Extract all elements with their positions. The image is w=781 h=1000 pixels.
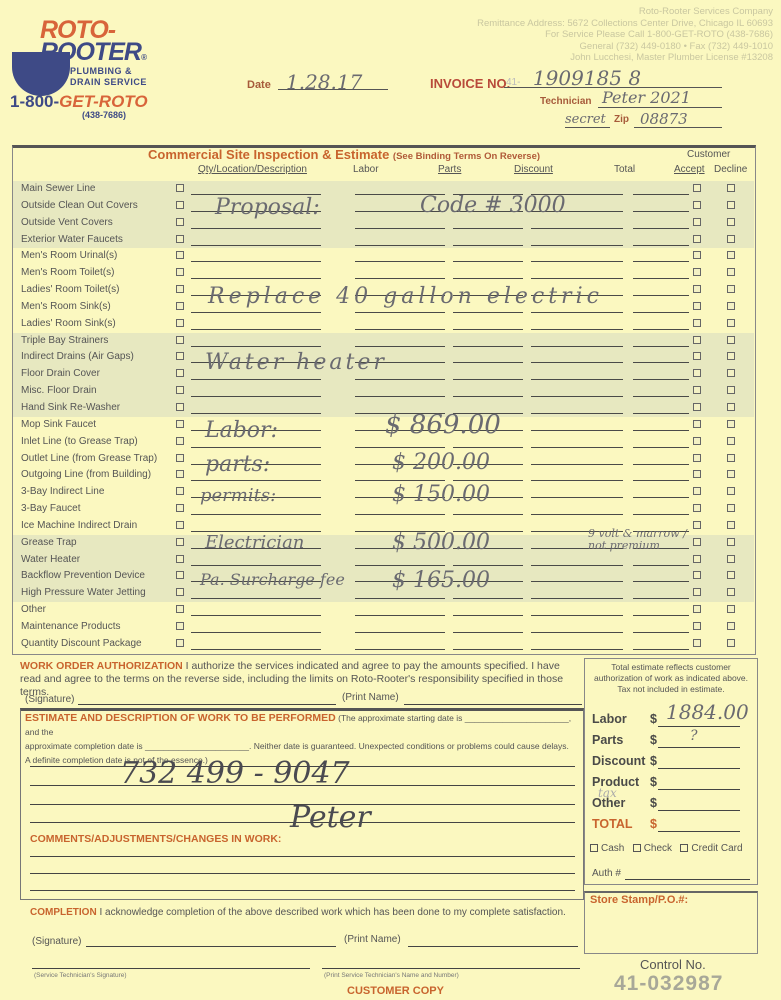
decline-checkbox[interactable] <box>727 454 735 462</box>
parts-field[interactable] <box>453 245 523 246</box>
hand-parts-total: ? <box>690 728 698 744</box>
labor-field[interactable] <box>355 228 445 229</box>
auth-number-label: Auth # <box>592 868 621 879</box>
description-field[interactable] <box>191 480 321 481</box>
item-checkbox[interactable] <box>176 251 184 259</box>
table-row: High Pressure Water Jetting <box>13 585 754 602</box>
discount-field[interactable] <box>531 228 623 229</box>
payment-options: Cash Check Credit Card <box>590 843 743 854</box>
totals-labor-field[interactable] <box>658 726 740 727</box>
total-field[interactable] <box>633 430 689 431</box>
accept-checkbox[interactable] <box>693 437 701 445</box>
totals-parts-field[interactable] <box>658 747 740 748</box>
item-checkbox[interactable] <box>176 184 184 192</box>
accept-checkbox[interactable] <box>693 201 701 209</box>
parts-field[interactable] <box>453 312 523 313</box>
row-item-label: Outside Clean Out Covers <box>21 200 138 211</box>
total-field[interactable] <box>633 396 689 397</box>
hand-name: Peter <box>290 800 371 835</box>
item-checkbox[interactable] <box>176 487 184 495</box>
discount-field[interactable] <box>531 598 623 599</box>
row-item-label: Ladies' Room Sink(s) <box>21 318 116 329</box>
description-field[interactable] <box>191 447 321 448</box>
hand-phone: 732 499 - 9047 <box>120 756 350 791</box>
item-checkbox[interactable] <box>176 571 184 579</box>
zip-field[interactable]: 08873 <box>634 110 722 128</box>
total-field[interactable] <box>633 362 689 363</box>
description-field[interactable] <box>191 514 321 515</box>
decline-checkbox[interactable] <box>727 420 735 428</box>
totals-total-field[interactable] <box>658 831 740 832</box>
item-checkbox[interactable] <box>176 352 184 360</box>
invoice-field[interactable]: 41- 1909185 8 <box>504 66 722 88</box>
table-row: Other <box>13 602 754 619</box>
auth-signature-label: (Signature) <box>25 694 74 705</box>
discount-field[interactable] <box>531 362 623 363</box>
total-field[interactable] <box>633 649 689 650</box>
total-field[interactable] <box>633 632 689 633</box>
accept-checkbox[interactable] <box>693 251 701 259</box>
item-checkbox[interactable] <box>176 470 184 478</box>
row-item-label: 3-Bay Indirect Line <box>21 486 104 497</box>
discount-field[interactable] <box>531 346 623 347</box>
total-field[interactable] <box>633 295 689 296</box>
table-row: Inlet Line (to Grease Trap) <box>13 434 754 451</box>
discount-field[interactable] <box>531 430 623 431</box>
item-checkbox[interactable] <box>176 420 184 428</box>
item-checkbox[interactable] <box>176 521 184 529</box>
dollar-sign: $ <box>650 775 657 789</box>
description-field[interactable] <box>191 346 321 347</box>
table-row: Quantity Discount Package <box>13 636 754 653</box>
parts-field[interactable] <box>453 615 523 616</box>
row-item-label: Water Heater <box>21 554 80 565</box>
accept-checkbox[interactable] <box>693 571 701 579</box>
total-field[interactable] <box>633 497 689 498</box>
row-item-label: Other <box>21 604 46 615</box>
col-description: Qty/Location/Description <box>198 164 307 175</box>
total-field[interactable] <box>633 329 689 330</box>
description-field[interactable] <box>191 245 321 246</box>
accept-checkbox[interactable] <box>693 504 701 512</box>
discount-field[interactable] <box>531 278 623 279</box>
description-field[interactable] <box>191 413 321 414</box>
discount-field[interactable] <box>531 514 623 515</box>
labor-field[interactable] <box>355 615 445 616</box>
cash-checkbox[interactable] <box>590 844 598 852</box>
totals-other-label: Other <box>592 796 625 810</box>
accept-checkbox[interactable] <box>693 521 701 529</box>
accept-checkbox[interactable] <box>693 639 701 647</box>
total-field[interactable] <box>633 514 689 515</box>
labor-field[interactable] <box>355 312 445 313</box>
technician-field[interactable]: Peter 2021 <box>598 88 722 108</box>
parts-field[interactable] <box>453 649 523 650</box>
item-checkbox[interactable] <box>176 319 184 327</box>
row-item-label: 3-Bay Faucet <box>21 503 80 514</box>
labor-field[interactable] <box>355 514 445 515</box>
comments-line[interactable] <box>30 856 575 857</box>
dollar-sign: $ <box>650 817 657 831</box>
totals-discount-field[interactable] <box>658 768 740 769</box>
total-field[interactable] <box>633 278 689 279</box>
comments-line[interactable] <box>30 890 575 891</box>
total-field[interactable] <box>633 194 689 195</box>
completion-print-name-field[interactable] <box>408 946 578 947</box>
decline-checkbox[interactable] <box>727 403 735 411</box>
hand-water-heater: Water heater <box>205 350 387 375</box>
item-checkbox[interactable] <box>176 386 184 394</box>
accept-checkbox[interactable] <box>693 285 701 293</box>
hand-misc-amount: $ 165.00 <box>392 568 490 593</box>
parts-field[interactable] <box>453 228 523 229</box>
hand-permits-amount: $ 150.00 <box>392 482 490 507</box>
logo-tagline: PLUMBING &DRAIN SERVICE <box>70 66 147 88</box>
store-stamp-label: Store Stamp/P.O.#: <box>590 894 688 906</box>
table-row: Men's Room Toilet(s) <box>13 265 754 282</box>
tech-name-field[interactable] <box>322 968 580 969</box>
accept-checkbox[interactable] <box>693 184 701 192</box>
discount-field[interactable] <box>531 413 623 414</box>
item-checkbox[interactable] <box>176 336 184 344</box>
decline-checkbox[interactable] <box>727 571 735 579</box>
description-field[interactable] <box>191 329 321 330</box>
comments-line[interactable] <box>30 873 575 874</box>
decline-checkbox[interactable] <box>727 470 735 478</box>
total-field[interactable] <box>633 565 689 566</box>
table-row: Outside Clean Out Covers <box>13 198 754 215</box>
discount-field[interactable] <box>531 329 623 330</box>
hand-electrician-note: 9 volt & marrow / not premium <box>588 528 688 552</box>
item-checkbox[interactable] <box>176 268 184 276</box>
decline-checkbox[interactable] <box>727 369 735 377</box>
description-field[interactable] <box>191 598 321 599</box>
item-checkbox[interactable] <box>176 639 184 647</box>
accept-checkbox[interactable] <box>693 420 701 428</box>
table-row: Main Sewer Line <box>13 181 754 198</box>
table-row: Men's Room Urinal(s) <box>13 248 754 265</box>
dollar-sign: $ <box>650 733 657 747</box>
labor-field[interactable] <box>355 565 445 566</box>
hand-replace-line: Replace 40 gallon electric <box>208 284 603 309</box>
tech-name-label: (Print Service Technician's Name and Num… <box>324 972 459 979</box>
discount-field[interactable] <box>531 649 623 650</box>
control-number: 41-032987 <box>614 972 723 996</box>
item-checkbox[interactable] <box>176 605 184 613</box>
estimate-title: Commercial Site Inspection & Estimate (S… <box>148 147 540 162</box>
item-checkbox[interactable] <box>176 437 184 445</box>
decline-checkbox[interactable] <box>727 336 735 344</box>
row-item-label: Ice Machine Indirect Drain <box>21 520 137 531</box>
total-field[interactable] <box>633 464 689 465</box>
labor-field[interactable] <box>355 598 445 599</box>
accept-checkbox[interactable] <box>693 369 701 377</box>
description-field[interactable] <box>191 379 321 380</box>
decline-checkbox[interactable] <box>727 268 735 276</box>
row-item-label: Outgoing Line (from Building) <box>21 469 151 480</box>
accept-checkbox[interactable] <box>693 487 701 495</box>
accept-checkbox[interactable] <box>693 622 701 630</box>
auth-print-name-field[interactable] <box>404 704 582 705</box>
dollar-sign: $ <box>650 796 657 810</box>
decline-checkbox[interactable] <box>727 319 735 327</box>
totals-parts-label: Parts <box>592 733 623 747</box>
parts-field[interactable] <box>453 379 523 380</box>
item-checkbox[interactable] <box>176 622 184 630</box>
labor-field[interactable] <box>355 632 445 633</box>
parts-field[interactable] <box>453 565 523 566</box>
total-field[interactable] <box>633 480 689 481</box>
table-row: Misc. Floor Drain <box>13 383 754 400</box>
table-row: Triple Bay Strainers <box>13 333 754 350</box>
decline-checkbox[interactable] <box>727 588 735 596</box>
tech-signature-label: (Service Technician's Signature) <box>34 972 127 979</box>
hand-labor-amount: $ 869.00 <box>385 410 501 440</box>
discount-field[interactable] <box>531 497 623 498</box>
labor-field[interactable] <box>355 447 445 448</box>
col-discount: Discount <box>514 164 553 175</box>
parts-field[interactable] <box>453 261 523 262</box>
accept-checkbox[interactable] <box>693 386 701 394</box>
discount-field[interactable] <box>531 480 623 481</box>
parts-field[interactable] <box>453 346 523 347</box>
row-item-label: Mop Sink Faucet <box>21 419 96 430</box>
description-field[interactable] <box>191 615 321 616</box>
discount-field[interactable] <box>531 447 623 448</box>
discount-field[interactable] <box>531 615 623 616</box>
row-item-label: Exterior Water Faucets <box>21 234 123 245</box>
parts-field[interactable] <box>453 362 523 363</box>
description-field[interactable] <box>191 228 321 229</box>
discount-field[interactable] <box>531 632 623 633</box>
total-field[interactable] <box>633 346 689 347</box>
accept-checkbox[interactable] <box>693 588 701 596</box>
description-field[interactable] <box>191 261 321 262</box>
table-row: 3-Bay Faucet <box>13 501 754 518</box>
hand-parts-amount: $ 200.00 <box>392 450 490 475</box>
description-field[interactable] <box>191 312 321 313</box>
discount-field[interactable] <box>531 261 623 262</box>
table-row: Water Heater <box>13 552 754 569</box>
row-item-label: Men's Room Sink(s) <box>21 301 111 312</box>
discount-field[interactable] <box>531 312 623 313</box>
parts-field[interactable] <box>453 514 523 515</box>
hand-proposal: Proposal: <box>215 195 320 220</box>
total-field[interactable] <box>633 581 689 582</box>
accept-checkbox[interactable] <box>693 403 701 411</box>
decline-checkbox[interactable] <box>727 201 735 209</box>
total-field[interactable] <box>633 261 689 262</box>
customer-copy-label: CUSTOMER COPY <box>347 985 444 997</box>
date-field[interactable]: 1.28.17 <box>278 70 388 90</box>
totals-product-field[interactable] <box>658 789 740 790</box>
decline-checkbox[interactable] <box>727 639 735 647</box>
accept-checkbox[interactable] <box>693 470 701 478</box>
table-row: Maintenance Products <box>13 619 754 636</box>
row-item-label: Men's Room Toilet(s) <box>21 267 114 278</box>
decline-checkbox[interactable] <box>727 538 735 546</box>
auth-print-name-label: (Print Name) <box>342 692 399 703</box>
labor-field[interactable] <box>355 245 445 246</box>
hand-code: Code # 3000 <box>420 193 566 218</box>
labor-field[interactable] <box>355 261 445 262</box>
description-field[interactable] <box>191 632 321 633</box>
accept-checkbox[interactable] <box>693 336 701 344</box>
parts-field[interactable] <box>453 396 523 397</box>
decline-checkbox[interactable] <box>727 184 735 192</box>
row-item-label: Ladies' Room Toilet(s) <box>21 284 119 295</box>
labor-field[interactable] <box>355 329 445 330</box>
decline-checkbox[interactable] <box>727 285 735 293</box>
decline-checkbox[interactable] <box>727 437 735 445</box>
description-field[interactable] <box>191 396 321 397</box>
discount-field[interactable] <box>531 245 623 246</box>
zip-label: Zip <box>614 114 629 125</box>
invoice-label: INVOICE NO. <box>430 76 510 91</box>
decline-checkbox[interactable] <box>727 555 735 563</box>
logo-phone: 1-800-GET-ROTO <box>10 92 148 112</box>
total-field[interactable] <box>633 379 689 380</box>
row-item-label: Grease Trap <box>21 537 77 548</box>
labor-field[interactable] <box>355 396 445 397</box>
decline-checkbox[interactable] <box>727 218 735 226</box>
table-row: Outgoing Line (from Building) <box>13 467 754 484</box>
discount-field[interactable] <box>531 464 623 465</box>
item-checkbox[interactable] <box>176 403 184 411</box>
discount-field[interactable] <box>531 565 623 566</box>
dollar-sign: $ <box>650 712 657 726</box>
row-item-label: Misc. Floor Drain <box>21 385 97 396</box>
item-checkbox[interactable] <box>176 588 184 596</box>
decline-checkbox[interactable] <box>727 605 735 613</box>
row-item-label: Hand Sink Re-Washer <box>21 402 120 413</box>
parts-field[interactable] <box>453 598 523 599</box>
completion-print-name-label: (Print Name) <box>344 934 401 945</box>
company-info: Roto-Rooter Services Company Remittance … <box>393 6 773 64</box>
decline-checkbox[interactable] <box>727 487 735 495</box>
table-row: 3-Bay Indirect Line <box>13 484 754 501</box>
table-row: Outside Vent Covers <box>13 215 754 232</box>
hand-electrician-label: Electrician <box>205 532 304 553</box>
auth-number-field[interactable] <box>625 879 750 880</box>
item-checkbox[interactable] <box>176 218 184 226</box>
description-field[interactable] <box>191 565 321 566</box>
parts-field[interactable] <box>453 632 523 633</box>
control-number-label: Control No. <box>640 957 706 972</box>
accept-checkbox[interactable] <box>693 538 701 546</box>
item-checkbox[interactable] <box>176 201 184 209</box>
accept-checkbox[interactable] <box>693 268 701 276</box>
labor-field[interactable] <box>355 346 445 347</box>
decline-checkbox[interactable] <box>727 235 735 243</box>
labor-field[interactable] <box>355 379 445 380</box>
col-total: Total <box>614 164 635 175</box>
item-checkbox[interactable] <box>176 504 184 512</box>
table-row: Outlet Line (from Grease Trap) <box>13 451 754 468</box>
parts-field[interactable] <box>453 329 523 330</box>
row-item-label: Maintenance Products <box>21 621 121 632</box>
roto-rooter-logo: ROTO- ROOTER® PLUMBING &DRAIN SERVICE 1-… <box>10 14 170 124</box>
logo-phone-numeric: (438-7686) <box>82 110 126 120</box>
table-row: Exterior Water Faucets <box>13 232 754 249</box>
col-labor: Labor <box>353 164 379 175</box>
total-field[interactable] <box>633 228 689 229</box>
table-row: Hand Sink Re-Washer <box>13 400 754 417</box>
total-field[interactable] <box>633 615 689 616</box>
hand-labor-total: 1884.00 <box>666 700 749 724</box>
zip-prefix-field[interactable]: secret <box>565 110 610 128</box>
decline-checkbox[interactable] <box>727 521 735 529</box>
row-item-label: Quantity Discount Package <box>21 638 142 649</box>
decline-checkbox[interactable] <box>727 352 735 360</box>
total-field[interactable] <box>633 211 689 212</box>
parts-field[interactable] <box>453 278 523 279</box>
decline-checkbox[interactable] <box>727 386 735 394</box>
accept-checkbox[interactable] <box>693 605 701 613</box>
total-field[interactable] <box>633 413 689 414</box>
totals-note: Total estimate reflects customer authori… <box>590 662 752 695</box>
accept-checkbox[interactable] <box>693 555 701 563</box>
accept-checkbox[interactable] <box>693 319 701 327</box>
item-checkbox[interactable] <box>176 369 184 377</box>
accept-checkbox[interactable] <box>693 302 701 310</box>
decline-checkbox[interactable] <box>727 251 735 259</box>
discount-field[interactable] <box>531 379 623 380</box>
item-checkbox[interactable] <box>176 235 184 243</box>
comments-label: COMMENTS/ADJUSTMENTS/CHANGES IN WORK: <box>30 833 281 845</box>
tech-signature-field[interactable] <box>32 968 310 969</box>
completion-signature-field[interactable] <box>86 946 336 947</box>
item-checkbox[interactable] <box>176 285 184 293</box>
row-item-label: Floor Drain Cover <box>21 368 100 379</box>
total-field[interactable] <box>633 312 689 313</box>
auth-signature-field[interactable] <box>78 704 336 705</box>
technician-label: Technician <box>540 96 592 107</box>
accept-checkbox[interactable] <box>693 235 701 243</box>
accept-checkbox[interactable] <box>693 352 701 360</box>
labor-field[interactable] <box>355 278 445 279</box>
decline-checkbox[interactable] <box>727 504 735 512</box>
totals-other-field[interactable] <box>658 810 740 811</box>
item-checkbox[interactable] <box>176 454 184 462</box>
total-field[interactable] <box>633 245 689 246</box>
total-field[interactable] <box>633 598 689 599</box>
table-row: Mop Sink Faucet <box>13 417 754 434</box>
item-checkbox[interactable] <box>176 538 184 546</box>
accept-checkbox[interactable] <box>693 454 701 462</box>
check-checkbox[interactable] <box>633 844 641 852</box>
totals-discount-label: Discount <box>592 754 645 768</box>
description-field[interactable] <box>191 278 321 279</box>
accept-checkbox[interactable] <box>693 218 701 226</box>
description-field[interactable] <box>191 649 321 650</box>
col-parts: Parts <box>438 164 461 175</box>
item-checkbox[interactable] <box>176 302 184 310</box>
parts-field[interactable] <box>453 447 523 448</box>
total-field[interactable] <box>633 447 689 448</box>
row-item-label: Triple Bay Strainers <box>21 335 108 346</box>
discount-field[interactable] <box>531 396 623 397</box>
decline-checkbox[interactable] <box>727 622 735 630</box>
credit-card-checkbox[interactable] <box>680 844 688 852</box>
item-checkbox[interactable] <box>176 555 184 563</box>
decline-checkbox[interactable] <box>727 302 735 310</box>
col-decline: Decline <box>714 164 747 175</box>
row-item-label: Outside Vent Covers <box>21 217 113 228</box>
discount-field[interactable] <box>531 581 623 582</box>
labor-field[interactable] <box>355 649 445 650</box>
row-item-label: Inlet Line (to Grease Trap) <box>21 436 138 447</box>
